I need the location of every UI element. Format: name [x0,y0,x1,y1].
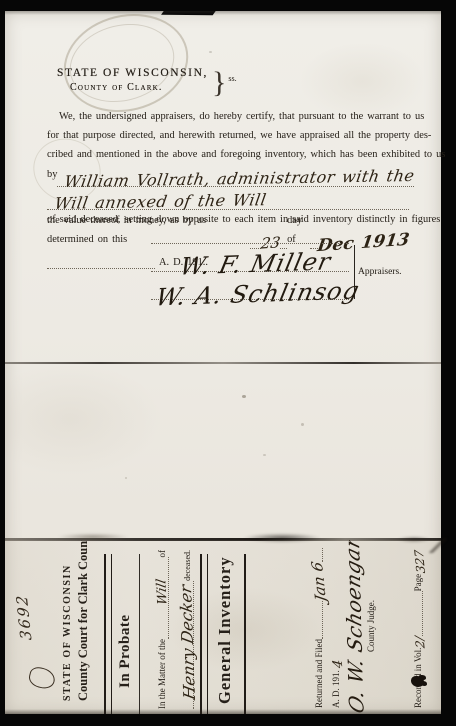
paper-speck [263,454,266,456]
ink-blot [411,676,424,687]
cover-state-label: STATE OF WISCONSIN [62,540,73,701]
of-label: of [157,550,169,558]
appraiser-signature-block: W. F. Miller W. A. Schlinsog Appraisers. [151,243,402,300]
paper-edge-shadow [5,709,441,714]
certificate-line: We, the undersigned appraisers, do hereb… [47,107,409,126]
handwritten-decedent-name: Henry Decker [176,583,199,701]
certificate-line: cribed and mentioned in the above and fo… [47,145,409,164]
column-rule [200,554,208,714]
fold-crease-upper [5,362,441,364]
dotted-leader: Will [143,558,169,640]
certificate-header: STATE OF WISCONSIN, County of Clark. } s… [57,67,237,99]
dotted-leader [422,591,423,635]
signature-lines: W. F. Miller W. A. Schlinsog [151,243,349,300]
returned-filed-label: Returned and Filed [314,639,326,708]
ss-abbreviation: ss. [228,74,236,99]
dotted-leader [322,601,323,639]
handwritten-case-number: 3692 [12,593,35,640]
state-heading: STATE OF WISCONSIN, [57,67,208,79]
case-number-area: 3692 [5,540,60,714]
deceased-label: deceased. [183,550,194,581]
scanned-document-paper: STATE OF WISCONSIN, County of Clark. } s… [5,11,441,714]
handwritten-will-annexed: Will annexed of the Will [53,190,268,213]
appraiser-signature-2: W. A. Schlinsog [153,276,362,311]
administrator-fill-line: by William Vollrath, administrator with … [47,164,409,187]
venue-block: STATE OF WISCONSIN, County of Clark. [57,67,208,99]
matter-caption: In the Matter of the Will of Henry Decke… [140,540,200,714]
returned-filed-line: Returned and Filed Jan 6 [309,540,326,708]
certificate-line: for that purpose directed, and herewith … [47,126,409,145]
paper-speck [125,477,127,479]
decedent-line: Henry Decker deceased. [169,540,194,709]
page-label: Page [413,574,426,592]
dotted-leader: William Vollrath, administrator with the [57,163,414,187]
probate-label: In Probate [112,540,139,714]
cover-title: General Inventory [208,540,244,714]
dotted-leader [322,548,323,562]
paper-speck [242,395,246,398]
signature-rule: W. F. Miller [151,243,349,272]
judge-title-row: County Judge. [366,540,379,714]
handwritten-volume: 2/ [412,635,427,648]
by-label: by [47,165,57,187]
signature-rule: W. A. Schlinsog [151,272,349,300]
handwritten-will: Will [154,578,170,606]
dotted-leader [47,268,155,269]
ss-brace: } [212,67,226,99]
judge-signature: O. W. Schoengarth [340,540,367,714]
recorded-line: Recorded in Vol. 2/ Page 327 [396,540,426,714]
county-heading: County of Clark. [57,82,208,93]
paper-speck [301,423,304,426]
circle-scribble [27,665,57,691]
judge-title-label: County Judge. [366,600,376,652]
column-rule [104,554,112,714]
cover-court-name: County Court for Clark County [76,540,91,701]
judge-signature-row: O. W. Schoengarth [343,540,366,714]
paper-edge-shadow [5,11,441,15]
returned-filed-block: Returned and Filed Jan 6 A. D. 191. 4 [309,540,343,714]
paper-speck [209,51,212,53]
filing-cover-section: 3692 STATE OF WISCONSIN County Court for… [5,540,441,714]
cover-blank-area [379,540,396,714]
cover-ad-label: A. D. 191. [331,670,343,708]
matter-line: In the Matter of the Will of [144,540,169,709]
dotted-leader: Henry Decker [168,581,194,709]
handwritten-page-number: 327 [412,549,428,573]
court-heading: STATE OF WISCONSIN County Court for Clar… [60,540,104,714]
will-annexed-fill-line: Will annexed of the Will [47,187,409,210]
cover-blank-area [246,540,309,714]
filing-cover-rotated: 3692 STATE OF WISCONSIN County Court for… [5,540,441,714]
appraisers-label: Appraisers. [358,267,402,277]
